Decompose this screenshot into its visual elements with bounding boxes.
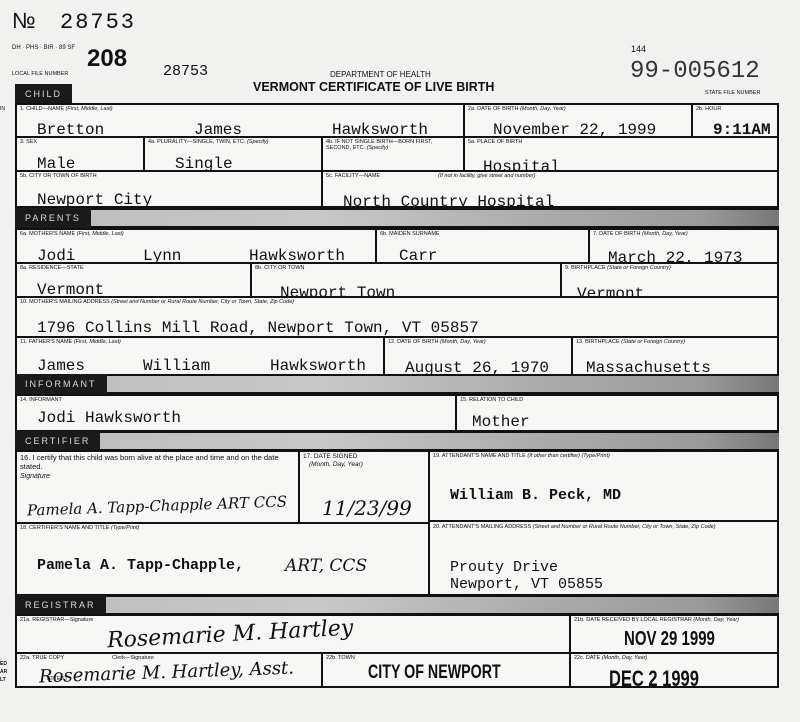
label-informant: 14. INFORMANT	[20, 397, 62, 403]
state-file-label: STATE FILE NUMBER	[705, 90, 760, 96]
label-father-dob: 12. DATE OF BIRTH (Month, Day, Year)	[388, 339, 486, 345]
field-child-hour: 2b. HOUR 9:11AM	[691, 103, 779, 138]
certificate-number-prefix: №	[12, 8, 36, 34]
local-file-number: 28753	[163, 63, 208, 80]
field-child-plurality: 4a. PLURALITY—SINGLE, TWIN, ETC. (Specif…	[143, 136, 323, 172]
section-bar-certifier: CERTIFIER	[15, 431, 779, 451]
attendant-name: William B. Peck, MD	[450, 487, 621, 504]
father-last-name: Hawksworth	[270, 357, 366, 375]
section-label-certifier: CERTIFIER	[15, 431, 100, 451]
certifier-name-title: Pamela A. Tapp-Chapple,	[37, 557, 244, 574]
label-child-city: 5b. CITY OR TOWN OF BIRTH	[20, 173, 97, 179]
certificate-number: 28753	[60, 10, 136, 35]
field-certifier-signature: 16. I certify that this child was born a…	[15, 450, 300, 524]
label-date-signed: 17. DATE SIGNED(Month, Day, Year)	[303, 453, 363, 469]
section-label-child: CHILD	[15, 84, 72, 104]
father-middle-name: William	[143, 357, 210, 375]
label-clerk-signature: Clerk—Signature	[112, 655, 154, 661]
label-attendant-address: 20. ATTENDANT'S MAILING ADDRESS (Street …	[433, 523, 773, 531]
field-mother-mailing-address: 10. MOTHER'S MAILING ADDRESS (Street and…	[15, 296, 779, 338]
label-mother-name: 6a. MOTHER'S NAME (First, Middle, Last)	[20, 231, 124, 237]
field-mother-maiden: 6b. MAIDEN SURNAME Carr	[375, 228, 590, 264]
department-name: DEPARTMENT OF HEALTH	[330, 70, 431, 79]
section-bar-registrar: REGISTRAR	[15, 595, 779, 615]
label-mother-dob: 7. DATE OF BIRTH (Month, Day, Year)	[593, 231, 688, 237]
section-bar-child: CHILD	[15, 84, 245, 104]
label-date-received: 21b. DATE RECEIVED BY LOCAL REGISTRAR (M…	[574, 617, 774, 624]
field-town: 22b. TOWN CITY OF NEWPORT	[321, 652, 571, 688]
label-child-plurality: 4a. PLURALITY—SINGLE, TWIN, ETC. (Specif…	[148, 139, 269, 145]
section-label-registrar: REGISTRAR	[15, 595, 106, 615]
field-father-dob: 12. DATE OF BIRTH (Month, Day, Year) Aug…	[383, 336, 573, 376]
attendant-address-line2: Newport, VT 05855	[450, 576, 603, 593]
field-date-received: 21b. DATE RECEIVED BY LOCAL REGISTRAR (M…	[569, 614, 779, 654]
margin-stamp: ED AR LT	[0, 660, 7, 684]
form-code: DH · PHS · BIR · 89 SF	[12, 45, 75, 51]
date-received-stamp: NOV 29 1999	[624, 628, 715, 651]
label-mother-maiden: 6b. MAIDEN SURNAME	[380, 231, 440, 237]
label-father-name: 11. FATHER'S NAME (First, Middle, Last)	[20, 339, 121, 345]
label-mother-birthplace: 9. BIRTHPLACE (State or Foreign Country)	[565, 265, 671, 271]
informant-name: Jodi Hawksworth	[37, 409, 181, 427]
label-child-birth-order: 4b. IF NOT SINGLE BIRTH—BORN FIRST, SECO…	[326, 139, 456, 151]
field-relation-to-child: 15. RELATION TO CHILD Mother	[455, 394, 779, 432]
field-mother-dob: 7. DATE OF BIRTH (Month, Day, Year) Marc…	[588, 228, 779, 264]
date-stamp: DEC 2 1999	[609, 666, 699, 692]
field-child-name: 1. CHILD—NAME (First, Middle, Last) Bret…	[15, 103, 465, 138]
certifier-signature: Pamela A. Tapp-Chapple ART CCS	[27, 492, 287, 519]
label-residence-city: 8b. CITY OR TOWN	[255, 265, 305, 271]
field-child-facility: 5c. FACILITY—NAME (If not in facility, g…	[321, 170, 779, 208]
section-label-informant: INFORMANT	[15, 374, 107, 394]
field-true-copy: 22a. TRUE COPY ATTEST Clerk—Signature Ro…	[15, 652, 323, 688]
certificate-title: VERMONT CERTIFICATE OF LIVE BIRTH	[253, 80, 494, 94]
hint-child-facility: (If not in facility, give street and num…	[438, 173, 535, 179]
relation-to-child: Mother	[472, 413, 530, 431]
field-child-city: 5b. CITY OR TOWN OF BIRTH Newport City	[15, 170, 323, 208]
label-true-copy: 22a. TRUE COPY	[20, 655, 64, 661]
field-date: 22c. DATE (Month, Day, Year) DEC 2 1999	[569, 652, 779, 688]
label-relation: 15. RELATION TO CHILD	[460, 397, 523, 403]
field-attendant-address: 20. ATTENDANT'S MAILING ADDRESS (Street …	[428, 520, 779, 596]
field-date-signed: 17. DATE SIGNED(Month, Day, Year) 11/23/…	[298, 450, 430, 524]
label-father-birthplace: 13. BIRTHPLACE (State or Foreign Country…	[576, 339, 685, 345]
certifier-credentials-handwritten: ART, CCS	[285, 556, 367, 576]
field-mother-birthplace: 9. BIRTHPLACE (State or Foreign Country)…	[560, 262, 779, 298]
field-informant-name: 14. INFORMANT Jodi Hawksworth	[15, 394, 457, 432]
label-date: 22c. DATE (Month, Day, Year)	[574, 655, 647, 661]
field-child-sex: 3. SEX Male	[15, 136, 145, 172]
label-signature: Signature	[20, 474, 50, 480]
state-file-number: 99-005612	[630, 58, 760, 85]
field-mother-name: 6a. MOTHER'S NAME (First, Middle, Last) …	[15, 228, 377, 264]
label-child-name: 1. CHILD—NAME (First, Middle, Last)	[20, 106, 113, 112]
section-label-parents: PARENTS	[15, 208, 91, 228]
field-residence-city: 8b. CITY OR TOWN Newport Town	[250, 262, 562, 298]
true-copy-signature: Rosemarie M. Hartley, Asst.	[39, 658, 295, 688]
certification-statement: 16. I certify that this child was born a…	[20, 453, 298, 471]
label-child-place: 5a. PLACE OF BIRTH	[468, 139, 522, 145]
form-code-number: 208	[87, 45, 127, 73]
label-registrar-signature: 21a. REGISTRAR—Signature	[20, 617, 93, 623]
label-child-hour: 2b. HOUR	[696, 106, 721, 112]
registrar-signature: Rosemarie M. Hartley	[107, 616, 354, 654]
label-child-sex: 3. SEX	[20, 139, 37, 145]
section-bar-parents: PARENTS	[15, 208, 779, 228]
field-registrar-signature: 21a. REGISTRAR—Signature Rosemarie M. Ha…	[15, 614, 571, 654]
margin-marker: IN	[0, 106, 5, 112]
attendant-address-line1: Prouty Drive	[450, 559, 558, 576]
mother-mailing-address: 1796 Collins Mill Road, Newport Town, VT…	[37, 319, 479, 337]
label-certifier-name-title: 18. CERTIFIER'S NAME AND TITLE (Type/Pri…	[20, 525, 139, 531]
label-town: 22b. TOWN	[326, 655, 355, 661]
child-city: Newport City	[37, 191, 152, 209]
field-father-name: 11. FATHER'S NAME (First, Middle, Last) …	[15, 336, 385, 376]
label-child-dob: 2a. DATE OF BIRTH (Month, Day, Year)	[468, 106, 566, 112]
date-signed: 11/23/99	[322, 496, 412, 520]
label-mother-mailing: 10. MOTHER'S MAILING ADDRESS (Street and…	[20, 299, 294, 305]
label-child-facility: 5c. FACILITY—NAME	[326, 173, 380, 179]
town: CITY OF NEWPORT	[368, 662, 501, 684]
section-bar-informant: INFORMANT	[15, 374, 779, 394]
label-residence-state: 8a. RESIDENCE—STATE	[20, 265, 84, 271]
field-child-place: 5a. PLACE OF BIRTH Hospital	[463, 136, 779, 172]
state-file-prefix: 144	[631, 44, 646, 54]
field-certifier-name-title: 18. CERTIFIER'S NAME AND TITLE (Type/Pri…	[15, 522, 430, 596]
field-child-birth-order: 4b. IF NOT SINGLE BIRTH—BORN FIRST, SECO…	[321, 136, 465, 172]
field-father-birthplace: 13. BIRTHPLACE (State or Foreign Country…	[571, 336, 779, 376]
label-attendant: 19. ATTENDANT'S NAME AND TITLE (If other…	[433, 453, 610, 459]
field-residence-state: 8a. RESIDENCE—STATE Vermont	[15, 262, 252, 298]
local-file-label: LOCAL FILE NUMBER	[12, 71, 68, 77]
field-attendant-name: 19. ATTENDANT'S NAME AND TITLE (If other…	[428, 450, 779, 522]
father-first-name: James	[37, 357, 85, 375]
field-child-dob: 2a. DATE OF BIRTH (Month, Day, Year) Nov…	[463, 103, 693, 138]
